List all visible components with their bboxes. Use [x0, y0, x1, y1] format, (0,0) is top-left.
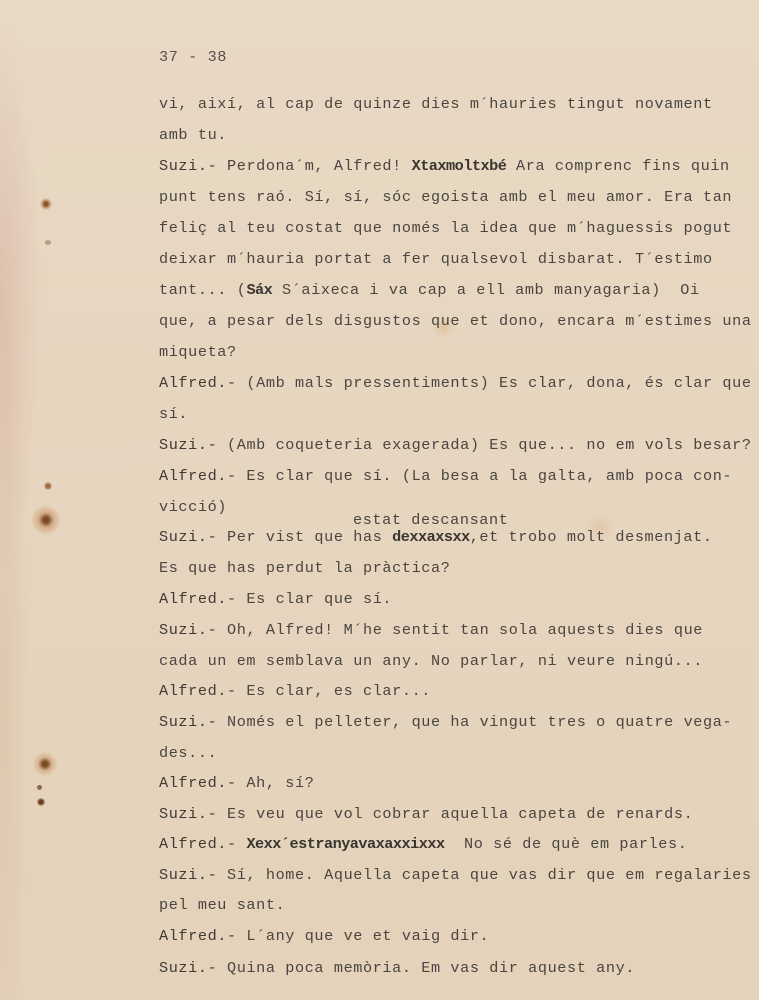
speaker-name: Suzi.-: [159, 805, 217, 823]
script-line: Es que has perdut la pràctica?: [159, 561, 450, 576]
dialogue-line: Suzi.- Per vist que has dexxaxsxx,et tro…: [159, 530, 713, 545]
speaker-name: Alfred.-: [159, 835, 237, 853]
speaker-name: Suzi.-: [159, 713, 217, 731]
page-number: 37 - 38: [159, 50, 227, 65]
script-line: deixar m´hauria portat a fer qualsevol d…: [159, 252, 713, 267]
rust-stain: [31, 505, 61, 535]
speaker-name: Suzi.-: [159, 436, 217, 454]
rust-stain: [44, 482, 52, 490]
dialogue-line: Alfred.- Xexx´estranyavaxaxxixxx No sé d…: [159, 837, 687, 852]
dialogue-line: Suzi.- (Amb coqueteria exagerada) Es que…: [159, 438, 752, 453]
speaker-name: Alfred.-: [159, 927, 237, 945]
script-line: vi, així, al cap de quinze dies m´haurie…: [159, 97, 713, 112]
speaker-name: Alfred.-: [159, 374, 237, 392]
dialogue-line: Suzi.- Quina poca memòria. Em vas dir aq…: [159, 961, 635, 976]
script-line: tant... (Sáx S´aixeca i va cap a ell amb…: [159, 283, 700, 298]
dialogue-line: Suzi.- Sí, home. Aquella capeta que vas …: [159, 868, 752, 883]
script-line: amb tu.: [159, 128, 227, 143]
rust-stain: [37, 785, 42, 790]
dialogue-line: Suzi.- Perdona´m, Alfred! Xtaxmoltxbé Ar…: [159, 159, 730, 174]
script-line: des...: [159, 746, 217, 761]
dialogue-line: Alfred.- Es clar que sí. (La besa a la g…: [159, 469, 732, 484]
rust-stain: [45, 240, 51, 245]
speaker-name: Alfred.-: [159, 774, 237, 792]
script-line: sí.: [159, 407, 188, 422]
script-line: vicció): [159, 500, 227, 515]
rust-stain: [37, 798, 45, 806]
script-line: miqueta?: [159, 345, 237, 360]
dialogue-line: Alfred.- Es clar que sí.: [159, 592, 392, 607]
speaker-name: Suzi.-: [159, 528, 217, 546]
handwritten-insertion: estat descansant: [353, 513, 508, 528]
dialogue-line: Suzi.- Oh, Alfred! M´he sentit tan sola …: [159, 623, 703, 638]
speaker-name: Suzi.-: [159, 866, 217, 884]
struck-out-text: Sáx: [246, 281, 272, 299]
script-line: feliç al teu costat que només la idea qu…: [159, 221, 732, 236]
struck-out-text: dexxaxsxx: [392, 528, 470, 546]
speaker-name: Suzi.-: [159, 959, 217, 977]
struck-out-text: Xexx´estranyavaxaxxixxx: [246, 835, 444, 853]
rust-stain: [40, 198, 52, 210]
struck-out-text: Xtaxmoltxbé: [412, 157, 507, 175]
rust-stain: [33, 752, 57, 776]
speaker-name: Suzi.-: [159, 621, 217, 639]
dialogue-line: Alfred.- Ah, sí?: [159, 776, 314, 791]
script-line: que, a pesar dels disgustos que et dono,…: [159, 314, 752, 329]
speaker-name: Suzi.-: [159, 157, 217, 175]
dialogue-line: Alfred.- L´any que ve et vaig dir.: [159, 929, 489, 944]
speaker-name: Alfred.-: [159, 467, 237, 485]
dialogue-line: Suzi.- Es veu que vol cobrar aquella cap…: [159, 807, 693, 822]
speaker-name: Alfred.-: [159, 682, 237, 700]
script-line: punt tens raó. Sí, sí, sóc egoista amb e…: [159, 190, 732, 205]
dialogue-line: Suzi.- Només el pelleter, que ha vingut …: [159, 715, 732, 730]
dialogue-line: Alfred.- Es clar, es clar...: [159, 684, 431, 699]
dialogue-line: Alfred.- (Amb mals pressentiments) Es cl…: [159, 376, 752, 391]
speaker-name: Alfred.-: [159, 590, 237, 608]
typewritten-page: 37 - 38 vi, així, al cap de quinze dies …: [0, 0, 759, 1000]
script-line: cada un em semblava un any. No parlar, n…: [159, 654, 703, 669]
script-line: pel meu sant.: [159, 898, 285, 913]
